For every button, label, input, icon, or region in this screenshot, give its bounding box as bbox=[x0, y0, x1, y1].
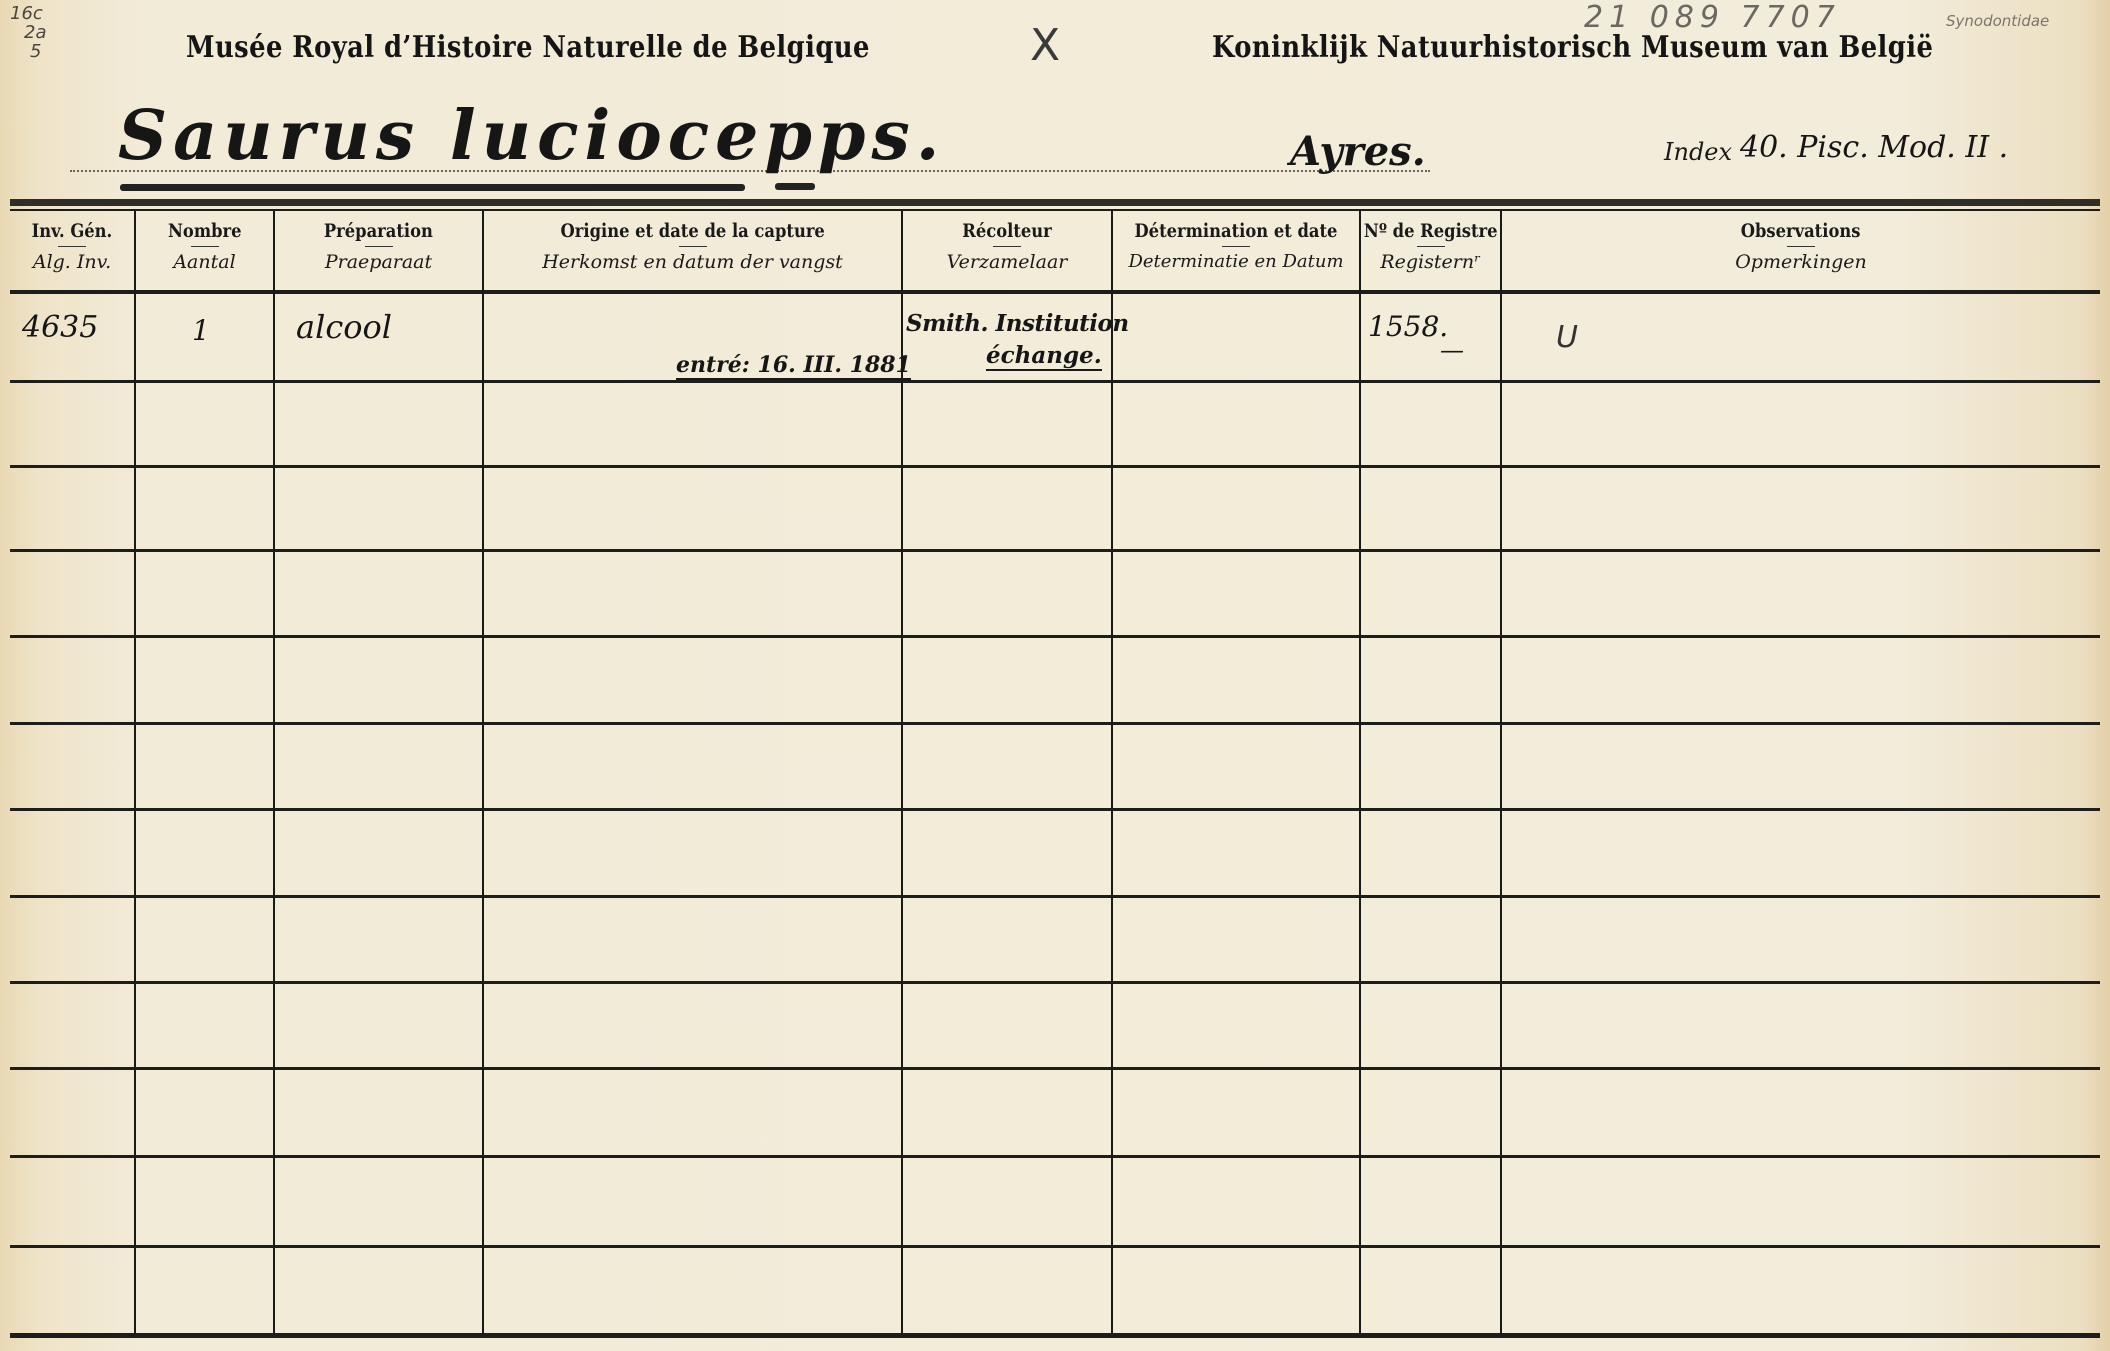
column-header-origin: Origine et date de la capture Herkomst e… bbox=[484, 216, 901, 292]
museum-title-nl: Koninklijk Natuurhistorisch Museum van B… bbox=[1212, 30, 1933, 65]
row-rule bbox=[10, 635, 2100, 638]
column-header-observations: Observations Opmerkingen bbox=[1502, 216, 2100, 292]
museum-title-fr: Musée Royal d’Histoire Naturelle de Belg… bbox=[186, 30, 870, 65]
species-name: Saurus luciocepps. bbox=[118, 96, 945, 176]
header-fr: Nombre bbox=[168, 220, 242, 242]
header-fr: Préparation bbox=[324, 220, 433, 242]
column-divider bbox=[482, 211, 484, 1335]
row-rule bbox=[10, 1245, 2100, 1248]
column-header-collector: Récolteur Verzamelaar bbox=[903, 216, 1111, 292]
column-header-preparation: Préparation Praeparaat bbox=[275, 216, 482, 292]
header-dash bbox=[1417, 246, 1445, 247]
x-mark: X bbox=[1030, 20, 1060, 71]
header-dash bbox=[58, 246, 86, 247]
column-header-count: Nombre Aantal bbox=[136, 216, 273, 292]
header-fr: Nº de Registre bbox=[1364, 220, 1498, 242]
row-rule bbox=[10, 895, 2100, 898]
genus-underline bbox=[120, 184, 745, 191]
corner-note-line: 2a bbox=[24, 23, 46, 42]
cell-register: 1558. bbox=[1368, 310, 1448, 343]
index-value: 40. Pisc. Mod. II . bbox=[1740, 130, 2008, 165]
row-rule bbox=[10, 549, 2100, 552]
table-top-band bbox=[10, 199, 2100, 206]
header-nl: Verzamelaar bbox=[947, 251, 1068, 273]
header-nl: Registernʳ bbox=[1380, 251, 1480, 273]
family-note: Synodontidae bbox=[1946, 12, 2049, 30]
header-nl: Praeparaat bbox=[325, 251, 432, 273]
header-fr: Observations bbox=[1741, 220, 1861, 242]
header-dash bbox=[993, 246, 1021, 247]
catalog-card: 16c 2a 5 21 089 7707 Synodontidae X Musé… bbox=[0, 0, 2110, 1351]
corner-note-line: 5 bbox=[30, 42, 46, 61]
index-label: Index bbox=[1664, 138, 1732, 166]
header-nl: Determinatie en Datum bbox=[1128, 251, 1343, 272]
cell-origin: entré: 16. III. 1881 bbox=[676, 352, 911, 380]
header-dash bbox=[1787, 246, 1815, 247]
cell-preparation: alcool bbox=[296, 308, 392, 346]
column-header-inventory: Inv. Gén. Alg. Inv. bbox=[10, 216, 134, 292]
header-fr: Inv. Gén. bbox=[32, 220, 113, 242]
row-rule bbox=[10, 981, 2100, 984]
header-fr: Détermination et date bbox=[1135, 220, 1338, 242]
header-dash bbox=[679, 246, 707, 247]
header-top-rule bbox=[10, 209, 2100, 211]
header-fr: Récolteur bbox=[962, 220, 1051, 242]
column-divider bbox=[134, 211, 136, 1335]
header-nl: Alg. Inv. bbox=[33, 251, 111, 273]
header-nl: Aantal bbox=[173, 251, 235, 273]
row-rule bbox=[10, 1155, 2100, 1158]
row-rule bbox=[10, 808, 2100, 811]
column-divider bbox=[1111, 211, 1113, 1335]
header-nl: Opmerkingen bbox=[1735, 251, 1867, 273]
header-dash bbox=[191, 246, 219, 247]
cell-register-mark: — bbox=[1440, 336, 1464, 364]
header-fr: Origine et date de la capture bbox=[560, 220, 824, 242]
header-nl: Herkomst en datum der vangst bbox=[542, 251, 843, 273]
column-divider bbox=[273, 211, 275, 1335]
cell-observations: U bbox=[1556, 320, 1578, 355]
cell-collector-line1: Smith. Institution bbox=[906, 310, 1129, 337]
row-rule bbox=[10, 722, 2100, 725]
column-divider bbox=[1500, 211, 1502, 1335]
species-author: Ayres. bbox=[1290, 128, 1426, 175]
species-underline bbox=[775, 183, 815, 190]
corner-note: 16c 2a 5 bbox=[10, 4, 46, 61]
table-bottom-rule bbox=[10, 1333, 2100, 1338]
column-header-register: Nº de Registre Registernʳ bbox=[1361, 216, 1500, 292]
cell-inventory: 4635 bbox=[22, 310, 98, 345]
corner-note-line: 16c bbox=[10, 4, 46, 23]
row-rule bbox=[10, 465, 2100, 468]
header-dash bbox=[1222, 246, 1250, 247]
column-divider bbox=[1359, 211, 1361, 1335]
cell-collector-line2: échange. bbox=[986, 342, 1102, 371]
row-rule bbox=[10, 380, 2100, 383]
header-dash bbox=[365, 246, 393, 247]
cell-count: 1 bbox=[192, 314, 210, 347]
column-header-determination: Détermination et date Determinatie en Da… bbox=[1113, 216, 1359, 292]
row-rule bbox=[10, 1067, 2100, 1070]
